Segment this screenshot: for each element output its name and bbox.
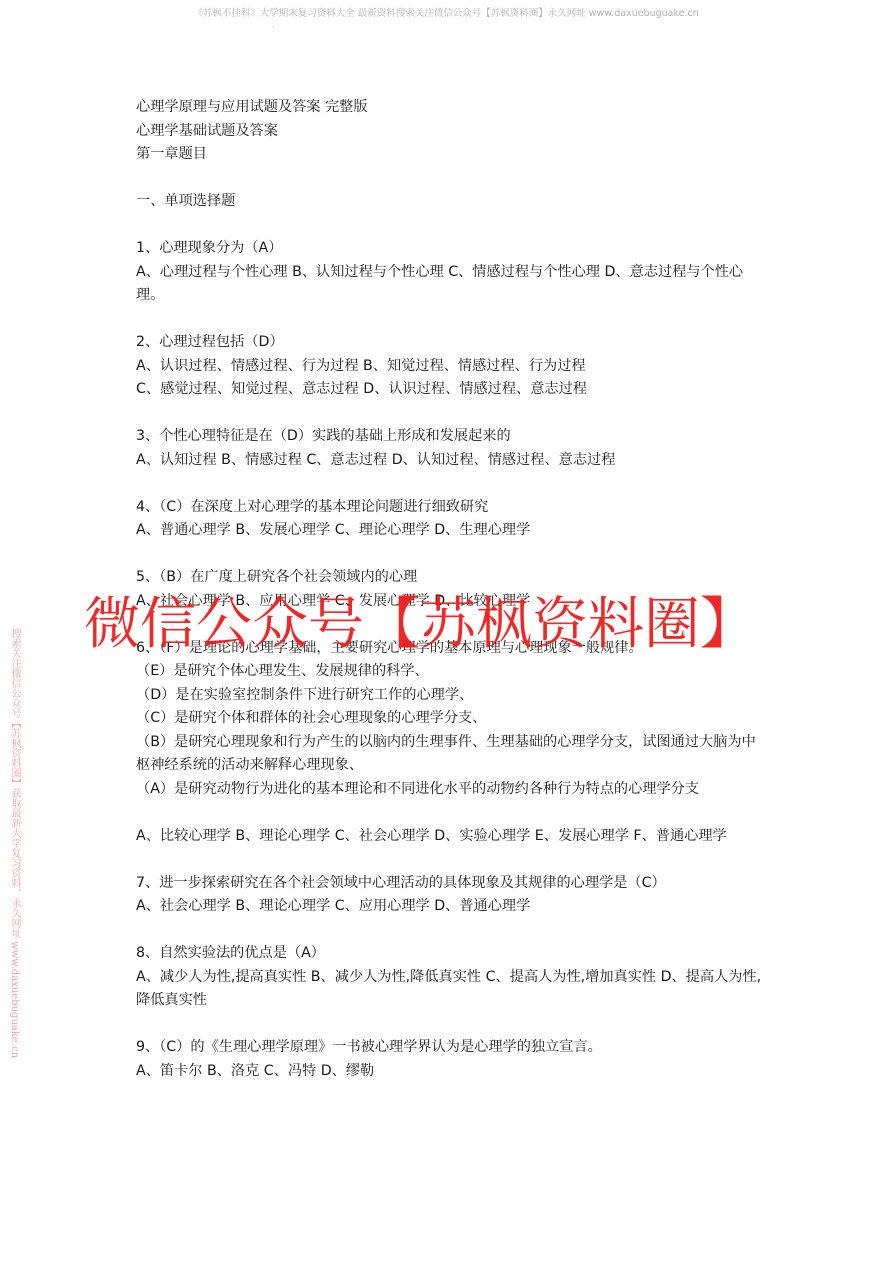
question-stem: 1、心理现象分为（A） [136,237,766,261]
question-5: 5、（B）在广度上研究各个社会领域内的心理 A、社会心理学 B、应用心理学 C、… [136,566,766,613]
question-options: A、减少人为性,提高真实性 B、减少人为性,降低真实性 C、提高人为性,增加真实… [136,966,766,1013]
question-stem: 7、进一步探索研究在各个社会领域中心理活动的具体现象及其规律的心理学是（C） [136,872,766,896]
question-stem: 5、（B）在广度上研究各个社会领域内的心理 [136,566,766,590]
document-page: 心理学原理与应用试题及答案 完整版 心理学基础试题及答案 第一章题目 一、单项选… [136,96,766,1083]
question-stem: 4、（C）在深度上对心理学的基本理论问题进行细致研究 [136,496,766,520]
question-options: A、比较心理学 B、理论心理学 C、社会心理学 D、实验心理学 E、发展心理学 … [136,825,766,849]
doc-subtitle: 心理学基础试题及答案 [136,120,766,144]
question-8: 8、自然实验法的优点是（A） A、减少人为性,提高真实性 B、减少人为性,降低真… [136,942,766,1013]
definition-item: （C）是研究个体和群体的社会心理现象的心理学分支、 [136,707,766,731]
question-options: C、感觉过程、知觉过程、意志过程 D、认识过程、情感过程、意志过程 [136,378,766,402]
question-options: A、心理过程与个性心理 B、认知过程与个性心理 C、情感过程与个性心理 D、意志… [136,261,766,308]
question-7: 7、进一步探索研究在各个社会领域中心理活动的具体现象及其规律的心理学是（C） A… [136,872,766,919]
header-mark: , [272,20,275,29]
definition-item: （B）是研究心理现象和行为产生的以脑内的生理事件、生理基础的心理学分支，试图通过… [136,731,766,778]
question-stem: 8、自然实验法的优点是（A） [136,942,766,966]
question-options: A、社会心理学 B、应用心理学 C、发展心理学 D、比较心理学 [136,590,766,614]
doc-title: 心理学原理与应用试题及答案 完整版 [136,96,766,120]
question-stem: 6、（F）是理论的心理学基础，主要研究心理学的基本原理与心理现象一般规律。 [136,637,766,661]
question-9: 9、（C）的《生理心理学原理》一书被心理学界认为是心理学的独立宣言。 A、笛卡尔… [136,1036,766,1083]
question-options: A、笛卡尔 B、洛克 C、冯特 D、缪勒 [136,1060,766,1084]
question-options: A、认识过程、情感过程、行为过程 B、知觉过程、情感过程、行为过程 [136,355,766,379]
question-1: 1、心理现象分为（A） A、心理过程与个性心理 B、认知过程与个性心理 C、情感… [136,237,766,308]
question-stem: 9、（C）的《生理心理学原理》一书被心理学界认为是心理学的独立宣言。 [136,1036,766,1060]
question-options: A、社会心理学 B、理论心理学 C、应用心理学 D、普通心理学 [136,895,766,919]
question-2: 2、心理过程包括（D） A、认识过程、情感过程、行为过程 B、知觉过程、情感过程… [136,331,766,402]
question-3: 3、个性心理特征是在（D）实践的基础上形成和发展起来的 A、认知过程 B、情感过… [136,425,766,472]
header-banner: 《苏枫不挂科》大学期末复习资料大全 最新资料搜索关注微信公众号【苏枫资料圈】永久… [0,5,892,19]
definition-item: （A）是研究动物行为进化的基本理论和不同进化水平的动物约各种行为特点的心理学分支 [136,778,766,802]
question-options: A、认知过程 B、情感过程 C、意志过程 D、认知过程、情感过程、意志过程 [136,449,766,473]
question-stem: 2、心理过程包括（D） [136,331,766,355]
question-6: 6、（F）是理论的心理学基础，主要研究心理学的基本原理与心理现象一般规律。 （E… [136,637,766,849]
definition-item: （E）是研究个体心理发生、发展规律的科学、 [136,660,766,684]
chapter-title: 第一章题目 [136,143,766,167]
question-4: 4、（C）在深度上对心理学的基本理论问题进行细致研究 A、普通心理学 B、发展心… [136,496,766,543]
section-heading: 一、单项选择题 [136,190,766,214]
side-vertical-watermark: 搜索关注微信公众号【苏枫资料圈】获取最新大学复习资料，永久网址 www.daxu… [6,628,20,1058]
definition-item: （D）是在实验室控制条件下进行研究工作的心理学、 [136,684,766,708]
question-options: A、普通心理学 B、发展心理学 C、理论心理学 D、生理心理学 [136,519,766,543]
question-stem: 3、个性心理特征是在（D）实践的基础上形成和发展起来的 [136,425,766,449]
